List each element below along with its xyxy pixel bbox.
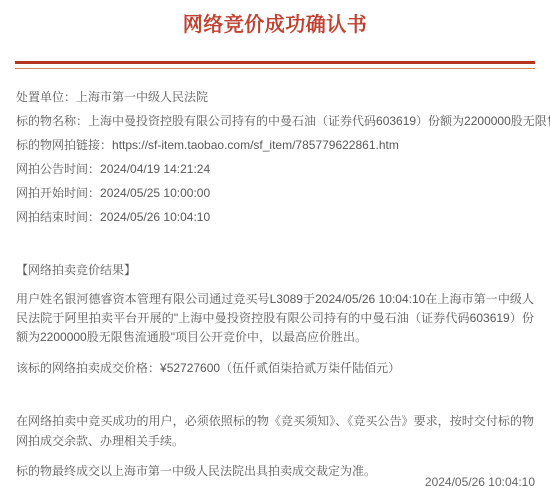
announce-time-label: 网拍公告时间： (16, 162, 100, 176)
info-row-end-time: 网拍结束时间：2024/05/26 10:04:10 (16, 205, 534, 229)
section-heading-auction-result: 【网络拍卖竞价结果】 (16, 262, 534, 278)
info-row-subject-name: 标的物名称：上海中曼投资控股有限公司持有的中曼石油（证券代码603619）份额为… (16, 109, 534, 133)
confirmation-document: 网络竞价成功确认书 处置单位：上海市第一中级人民法院 标的物名称：上海中曼投资控… (0, 0, 550, 495)
result-paragraph: 用户姓名银河德睿资本管理有限公司通过竞买号L3089于2024/05/26 10… (16, 290, 534, 347)
price-label: 该标的网络拍卖成交价格： (16, 361, 160, 375)
price-capital-words: （伍仟贰佰柒拾贰万柒仟陆佰元） (220, 361, 400, 375)
info-row-disposal-unit: 处置单位：上海市第一中级人民法院 (16, 85, 534, 109)
start-time-label: 网拍开始时间： (16, 186, 100, 200)
start-time-value: 2024/05/25 10:00:00 (100, 186, 210, 200)
price-line: 该标的网络拍卖成交价格：¥52727600（伍仟贰佰柒拾贰万柒仟陆佰元） (16, 359, 534, 378)
divider-thin-line (15, 68, 535, 69)
notice-paragraph: 在网络拍卖中竞买成功的用户，必须依照标的物《竞买须知》、《竞买公告》要求，按时交… (16, 411, 534, 451)
footer-timestamp: 2024/05/26 10:04:10 (425, 475, 535, 489)
disposal-unit-label: 处置单位： (16, 90, 76, 104)
info-row-auction-link: 标的物网拍链接：https://sf-item.taobao.com/sf_it… (16, 133, 534, 157)
divider-thick-line (15, 61, 535, 64)
page-title: 网络竞价成功确认书 (0, 0, 550, 37)
auction-item-link[interactable]: https://sf-item.taobao.com/sf_item/78577… (112, 138, 399, 152)
price-value: ¥52727600 (160, 361, 220, 375)
announce-time-value: 2024/04/19 14:21:24 (100, 162, 210, 176)
end-time-label: 网拍结束时间： (16, 210, 100, 224)
end-time-value: 2024/05/26 10:04:10 (100, 210, 210, 224)
subject-name-value: 上海中曼投资控股有限公司持有的中曼石油（证券代码603619）份额为220000… (88, 114, 550, 128)
subject-name-label: 标的物名称： (16, 114, 88, 128)
info-row-start-time: 网拍开始时间：2024/05/25 10:00:00 (16, 181, 534, 205)
info-row-announce-time: 网拍公告时间：2024/04/19 14:21:24 (16, 157, 534, 181)
auction-link-label: 标的物网拍链接： (16, 138, 112, 152)
disposal-unit-value: 上海市第一中级人民法院 (76, 90, 208, 104)
info-rows: 处置单位：上海市第一中级人民法院 标的物名称：上海中曼投资控股有限公司持有的中曼… (16, 85, 534, 229)
document-body: 处置单位：上海市第一中级人民法院 标的物名称：上海中曼投资控股有限公司持有的中曼… (16, 85, 534, 481)
